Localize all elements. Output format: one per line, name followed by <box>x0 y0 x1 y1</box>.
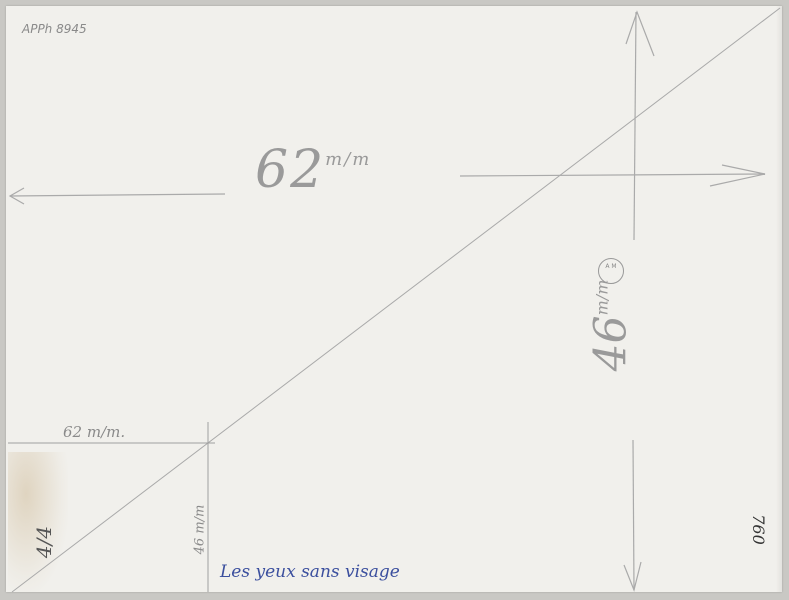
small-width-annotation: 62 m/m. <box>63 423 125 441</box>
height-value: 46 <box>585 315 636 371</box>
small-height-annotation: 46 m/m <box>192 505 207 555</box>
height-annotation: 46m/m <box>585 280 636 372</box>
catalog-number: 760 <box>749 514 768 545</box>
width-value: 62 <box>255 140 325 200</box>
fraction-annotation: 4/4 <box>32 526 56 558</box>
width-unit: m/m <box>325 149 371 170</box>
film-title: Les yeux sans visage <box>220 562 400 582</box>
width-annotation: 62m/m <box>255 140 371 200</box>
collection-stamp: A M <box>598 258 624 284</box>
height-unit: m/m <box>592 280 611 316</box>
reference-code: APPh 8945 <box>22 22 87 36</box>
pencil-crop-lines <box>0 0 789 600</box>
